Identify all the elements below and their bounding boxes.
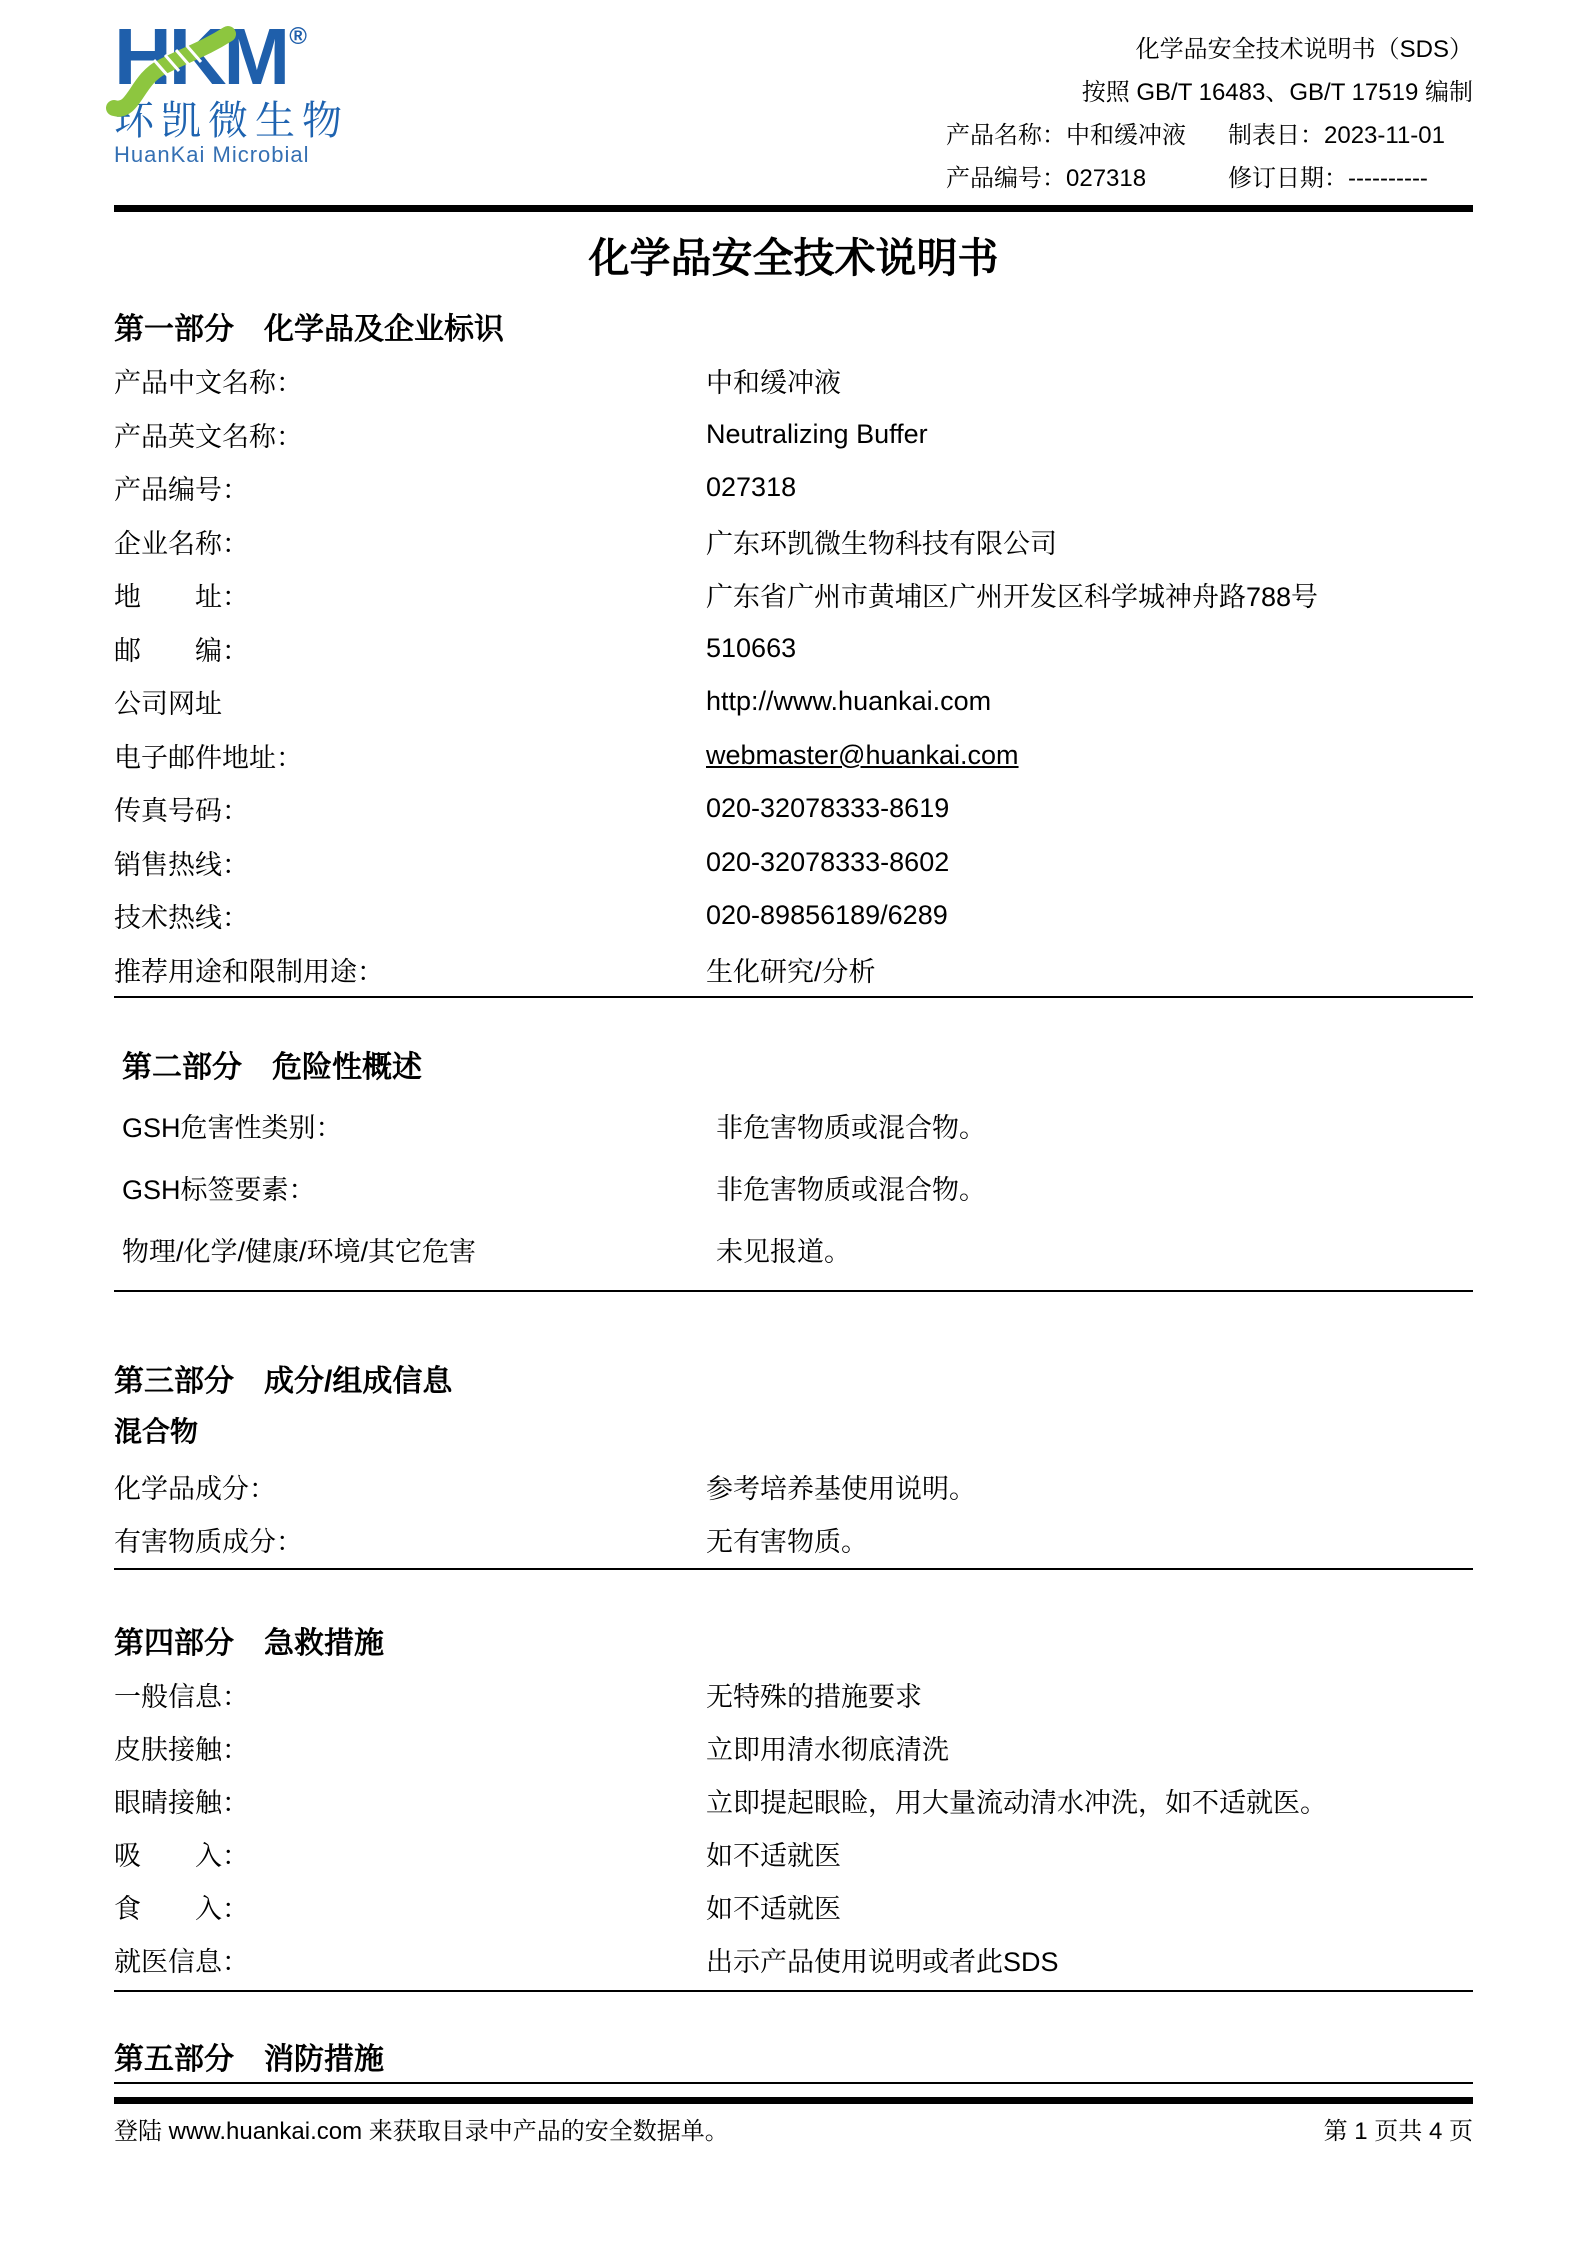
field-label: 产品编号： <box>114 468 706 507</box>
field-label: 技术热线： <box>114 896 706 935</box>
footer-note: 登陆 www.huankai.com 来获取目录中产品的安全数据单。 <box>114 2117 729 2147</box>
field-row: 眼睛接触： 立即提起眼睑，用大量流动清水冲洗，如不适就医。 <box>114 1774 1473 1827</box>
website-url: http://www.huankai.com <box>706 686 1473 717</box>
section-4-rows: 一般信息： 无特殊的措施要求 皮肤接触： 立即用清水彻底清洗 眼睛接触： 立即提… <box>114 1668 1473 1986</box>
field-row: 有害物质成分： 无有害物质。 <box>114 1513 1473 1566</box>
footer-divider <box>114 2097 1473 2104</box>
field-row: 企业名称： 广东环凯微生物科技有限公司 <box>114 515 1473 569</box>
section-2-hazards: 第二部分 危险性概述 GSH危害性类别： 非危害物质或混合物。 GSH标签要素：… <box>114 1050 1473 1292</box>
section-divider <box>114 1290 1473 1292</box>
field-row: 邮 编： 510663 <box>114 622 1473 676</box>
section-4-heading: 第四部分 急救措施 <box>114 1626 1473 1662</box>
field-value: 510663 <box>706 633 1473 664</box>
field-label: 食 入： <box>114 1887 706 1926</box>
created-date-cell: 制表日：2023-11-01 <box>1228 114 1473 157</box>
standard-reference: 按照 GB/T 16483、GB/T 17519 编制 <box>946 71 1473 114</box>
field-label: 销售热线： <box>114 843 706 882</box>
field-value: 参考培养基使用说明。 <box>706 1467 1473 1506</box>
field-value: 020-32078333-8602 <box>706 847 1473 878</box>
page-footer: 登陆 www.huankai.com 来获取目录中产品的安全数据单。 第 1 页… <box>114 2117 1473 2147</box>
header-meta-row-1: 产品名称：中和缓冲液 制表日：2023-11-01 <box>946 114 1473 157</box>
field-row: GSH危害性类别： 非危害物质或混合物。 <box>114 1094 1473 1156</box>
field-label: 传真号码： <box>114 789 706 828</box>
field-row: 吸 入： 如不适就医 <box>114 1827 1473 1880</box>
field-row: 就医信息： 出示产品使用说明或者此SDS <box>114 1933 1473 1986</box>
registered-trademark-icon: ® <box>289 23 307 50</box>
created-date-value: 2023-11-01 <box>1324 122 1445 149</box>
created-date-label: 制表日： <box>1228 122 1324 149</box>
product-name-cell: 产品名称：中和缓冲液 <box>946 114 1228 157</box>
sds-header-title: 化学品安全技术说明书（SDS） <box>946 28 1473 71</box>
field-value: Neutralizing Buffer <box>706 419 1473 450</box>
field-row: 产品英文名称： Neutralizing Buffer <box>114 408 1473 462</box>
section-3-rows: 化学品成分： 参考培养基使用说明。 有害物质成分： 无有害物质。 <box>114 1460 1473 1566</box>
mixture-subheading: 混合物 <box>114 1414 1473 1450</box>
field-row: 皮肤接触： 立即用清水彻底清洗 <box>114 1721 1473 1774</box>
field-row: 化学品成分： 参考培养基使用说明。 <box>114 1460 1473 1513</box>
company-logo: HKM® 环凯微生物 HuanKai Microbial <box>114 16 414 168</box>
field-label: 产品中文名称： <box>114 361 706 400</box>
field-label: 物理/化学/健康/环境/其它危害 <box>122 1230 716 1269</box>
field-value: 立即用清水彻底清洗 <box>706 1728 1473 1767</box>
field-label: GSH标签要素： <box>122 1168 716 1207</box>
field-row: 产品编号： 027318 <box>114 461 1473 515</box>
field-row: 推荐用途和限制用途： 生化研究/分析 <box>114 943 1473 997</box>
revision-date-cell: 修订日期：---------- <box>1228 157 1473 200</box>
section-divider <box>114 996 1473 998</box>
section-divider <box>114 1990 1473 1992</box>
section-3-heading: 第三部分 成分/组成信息 <box>114 1364 1473 1400</box>
revision-date-label: 修订日期： <box>1228 165 1348 192</box>
section-2-heading: 第二部分 危险性概述 <box>114 1050 1473 1086</box>
field-label: 一般信息： <box>114 1675 706 1714</box>
field-label: 产品英文名称： <box>114 415 706 454</box>
field-label: 地 址： <box>114 575 706 614</box>
field-label: 邮 编： <box>114 629 706 668</box>
email-link[interactable]: webmaster@huankai.com <box>706 740 1473 771</box>
section-divider <box>114 1568 1473 1570</box>
product-name-value: 中和缓冲液 <box>1066 122 1186 149</box>
header-meta-row-2: 产品编号：027318 修订日期：---------- <box>946 157 1473 200</box>
revision-date-value: ---------- <box>1348 165 1428 192</box>
field-label: 企业名称： <box>114 522 706 561</box>
field-row: 地 址： 广东省广州市黄埔区广州开发区科学城神舟路788号 <box>114 568 1473 622</box>
field-label: 化学品成分： <box>114 1467 706 1506</box>
section-5-heading: 第五部分 消防措施 <box>114 2042 1473 2078</box>
section-2-rows: GSH危害性类别： 非危害物质或混合物。 GSH标签要素： 非危害物质或混合物。… <box>114 1094 1473 1280</box>
field-row: 销售热线： 020-32078333-8602 <box>114 836 1473 890</box>
field-value: 广东省广州市黄埔区广州开发区科学城神舟路788号 <box>706 575 1473 614</box>
field-label: 就医信息： <box>114 1940 706 1979</box>
section-4-first-aid: 第四部分 急救措施 一般信息： 无特殊的措施要求 皮肤接触： 立即用清水彻底清洗… <box>114 1626 1473 1992</box>
field-value: 如不适就医 <box>706 1834 1473 1873</box>
product-name-label: 产品名称： <box>946 122 1066 149</box>
sds-document-page: HKM® 环凯微生物 HuanKai Microbial 化学 <box>0 0 1587 2245</box>
field-row: 电子邮件地址： webmaster@huankai.com <box>114 729 1473 783</box>
field-row: 公司网址 http://www.huankai.com <box>114 675 1473 729</box>
field-row: 产品中文名称： 中和缓冲液 <box>114 354 1473 408</box>
field-row: 传真号码： 020-32078333-8619 <box>114 782 1473 836</box>
field-label: 推荐用途和限制用途： <box>114 950 706 989</box>
field-row: 技术热线： 020-89856189/6289 <box>114 889 1473 943</box>
logo-hkm-text: HKM <box>114 12 287 101</box>
field-label: 电子邮件地址： <box>114 736 706 775</box>
field-value: 出示产品使用说明或者此SDS <box>706 1940 1473 1979</box>
field-label: 公司网址 <box>114 682 706 721</box>
field-value: 无有害物质。 <box>706 1520 1473 1559</box>
field-value: 非危害物质或混合物。 <box>716 1106 1473 1145</box>
product-code-value: 027318 <box>1066 165 1146 192</box>
field-value: 未见报道。 <box>716 1230 1473 1269</box>
field-label: 有害物质成分： <box>114 1520 706 1559</box>
field-value: 020-89856189/6289 <box>706 900 1473 931</box>
field-row: 物理/化学/健康/环境/其它危害 未见报道。 <box>114 1218 1473 1280</box>
field-label: GSH危害性类别： <box>122 1106 716 1145</box>
field-value: 广东环凯微生物科技有限公司 <box>706 522 1473 561</box>
document-title: 化学品安全技术说明书 <box>114 234 1473 282</box>
header-meta: 化学品安全技术说明书（SDS） 按照 GB/T 16483、GB/T 17519… <box>946 16 1473 200</box>
product-code-label: 产品编号： <box>946 165 1066 192</box>
field-value: 中和缓冲液 <box>706 361 1473 400</box>
field-row: 食 入： 如不适就医 <box>114 1880 1473 1933</box>
field-value: 非危害物质或混合物。 <box>716 1168 1473 1207</box>
field-row: GSH标签要素： 非危害物质或混合物。 <box>114 1156 1473 1218</box>
field-value: 立即提起眼睑，用大量流动清水冲洗，如不适就医。 <box>706 1781 1473 1820</box>
page-indicator: 第 1 页共 4 页 <box>1324 2117 1473 2147</box>
field-value: 无特殊的措施要求 <box>706 1675 1473 1714</box>
section-1-heading: 第一部分 化学品及企业标识 <box>114 312 1473 348</box>
field-value: 如不适就医 <box>706 1887 1473 1926</box>
logo-mark: HKM® <box>114 16 305 98</box>
page-header: HKM® 环凯微生物 HuanKai Microbial 化学 <box>114 0 1473 205</box>
field-label: 吸 入： <box>114 1834 706 1873</box>
product-code-cell: 产品编号：027318 <box>946 157 1228 200</box>
section-1-identification: 第一部分 化学品及企业标识 产品中文名称： 中和缓冲液 产品英文名称： Neut… <box>114 312 1473 998</box>
section-divider <box>114 2082 1473 2084</box>
section-5-fire-fighting: 第五部分 消防措施 <box>114 2042 1473 2104</box>
field-value: 生化研究/分析 <box>706 950 1473 989</box>
field-value: 020-32078333-8619 <box>706 793 1473 824</box>
field-label: 眼睛接触： <box>114 1781 706 1820</box>
field-value: 027318 <box>706 472 1473 503</box>
section-1-rows: 产品中文名称： 中和缓冲液 产品英文名称： Neutralizing Buffe… <box>114 354 1473 996</box>
logo-chinese-name: 环凯微生物 <box>114 100 414 142</box>
field-row: 一般信息： 无特殊的措施要求 <box>114 1668 1473 1721</box>
field-label: 皮肤接触： <box>114 1728 706 1767</box>
section-3-composition: 第三部分 成分/组成信息 混合物 化学品成分： 参考培养基使用说明。 有害物质成… <box>114 1364 1473 1570</box>
header-divider <box>114 205 1473 212</box>
logo-english-name: HuanKai Microbial <box>114 142 414 168</box>
